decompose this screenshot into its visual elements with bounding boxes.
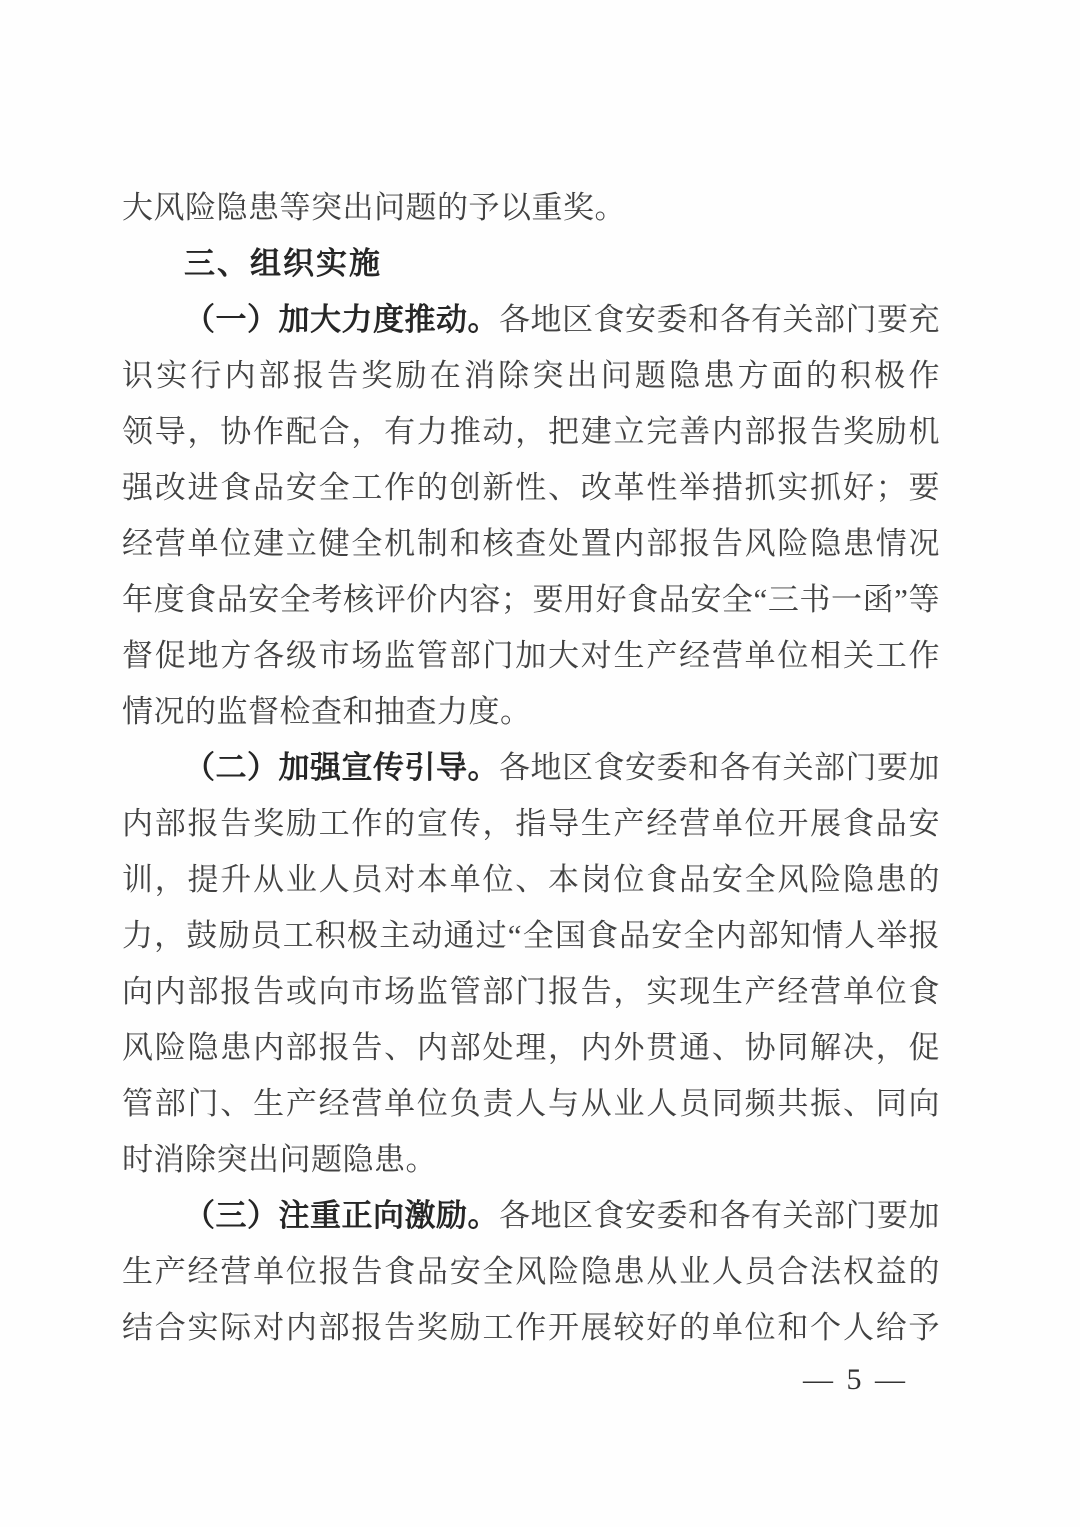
line-text: 年度食品安全考核评价内容；要用好食品安全“三书一函”等手段 xyxy=(122,582,940,628)
line-text: 强改进食品安全工作的创新性、改革性举措抓实抓好；要把生产 xyxy=(122,470,940,516)
line-text: 识实行内部报告奖励在消除突出问题隐患方面的积极作用，加强 xyxy=(122,358,940,404)
line-text: 经营单位建立健全机制和核查处置内部报告风险隐患情况纳入 xyxy=(122,526,940,572)
line-text: 管部门、生产经营单位负责人与从业人员同频共振、同向发力，及 xyxy=(122,1086,940,1132)
text-line: 强改进食品安全工作的创新性、改革性举措抓实抓好；要把生产 xyxy=(122,460,940,516)
line-text: 领导，协作配合，有力推动，把建立完善内部报告奖励机制作为加 xyxy=(122,414,940,460)
text-line: 情况的监督检查和抽查力度。 xyxy=(122,684,940,740)
text-line: （二）加强宣传引导。各地区食安委和各有关部门要加强对 xyxy=(122,740,940,796)
bold-lead-in: （三）注重正向激励。 xyxy=(184,1198,499,1233)
text-line: 年度食品安全考核评价内容；要用好食品安全“三书一函”等手段 xyxy=(122,572,940,628)
line-text: 向内部报告或向市场监管部门报告，实现生产经营单位食品安全 xyxy=(122,974,940,1020)
line-text: 督促地方各级市场监管部门加大对生产经营单位相关工作落实 xyxy=(122,638,940,684)
line-text: 风险隐患内部报告、内部处理，内外贯通、协同解决，促进市场监 xyxy=(122,1030,940,1076)
line-text: 时消除突出问题隐患。 xyxy=(122,1142,437,1177)
line-text: 内部报告奖励工作的宣传，指导生产经营单位开展食品安全培 xyxy=(122,806,940,852)
text-line: 识实行内部报告奖励在消除突出问题隐患方面的积极作用，加强 xyxy=(122,348,940,404)
document-body: 大风险隐患等突出问题的予以重奖。三、组织实施（一）加大力度推动。各地区食安委和各… xyxy=(122,180,940,1356)
line-text: 力，鼓励员工积极主动通过“全国食品安全内部知情人举报系统” xyxy=(122,918,940,964)
text-line: 生产经营单位报告食品安全风险隐患从业人员合法权益的保护， xyxy=(122,1244,940,1300)
bold-lead-in: （一）加大力度推动。 xyxy=(184,302,499,337)
text-line: 督促地方各级市场监管部门加大对生产经营单位相关工作落实 xyxy=(122,628,940,684)
text-line: 时消除突出问题隐患。 xyxy=(122,1132,940,1188)
text-line: 风险隐患内部报告、内部处理，内外贯通、协同解决，促进市场监 xyxy=(122,1020,940,1076)
line-text: 大风险隐患等突出问题的予以重奖。 xyxy=(122,190,626,225)
bold-lead-in: （二）加强宣传引导。 xyxy=(184,750,499,785)
line-text: 情况的监督检查和抽查力度。 xyxy=(122,694,532,729)
line-text: 生产经营单位报告食品安全风险隐患从业人员合法权益的保护， xyxy=(122,1254,940,1300)
line-text: 结合实际对内部报告奖励工作开展较好的单位和个人给予激励。 xyxy=(122,1310,940,1356)
line-text: 训，提升从业人员对本单位、本岗位食品安全风险隐患的辨识能 xyxy=(122,862,940,908)
bold-lead-in: 三、组织实施 xyxy=(184,246,382,281)
page-number: — 5 — xyxy=(803,1358,908,1402)
text-line: 向内部报告或向市场监管部门报告，实现生产经营单位食品安全 xyxy=(122,964,940,1020)
text-line: （一）加大力度推动。各地区食安委和各有关部门要充分认 xyxy=(122,292,940,348)
text-line: 经营单位建立健全机制和核查处置内部报告风险隐患情况纳入 xyxy=(122,516,940,572)
text-line: 领导，协作配合，有力推动，把建立完善内部报告奖励机制作为加 xyxy=(122,404,940,460)
text-line: （三）注重正向激励。各地区食安委和各有关部门要加强对 xyxy=(122,1188,940,1244)
text-line: 大风险隐患等突出问题的予以重奖。 xyxy=(122,180,940,236)
document-page: 大风险隐患等突出问题的予以重奖。三、组织实施（一）加大力度推动。各地区食安委和各… xyxy=(0,0,1080,1527)
text-line: 结合实际对内部报告奖励工作开展较好的单位和个人给予激励。 xyxy=(122,1300,940,1356)
text-line: 训，提升从业人员对本单位、本岗位食品安全风险隐患的辨识能 xyxy=(122,852,940,908)
section-heading: 三、组织实施 xyxy=(122,236,940,292)
text-line: 内部报告奖励工作的宣传，指导生产经营单位开展食品安全培 xyxy=(122,796,940,852)
text-line: 管部门、生产经营单位负责人与从业人员同频共振、同向发力，及 xyxy=(122,1076,940,1132)
text-line: 力，鼓励员工积极主动通过“全国食品安全内部知情人举报系统” xyxy=(122,908,940,964)
